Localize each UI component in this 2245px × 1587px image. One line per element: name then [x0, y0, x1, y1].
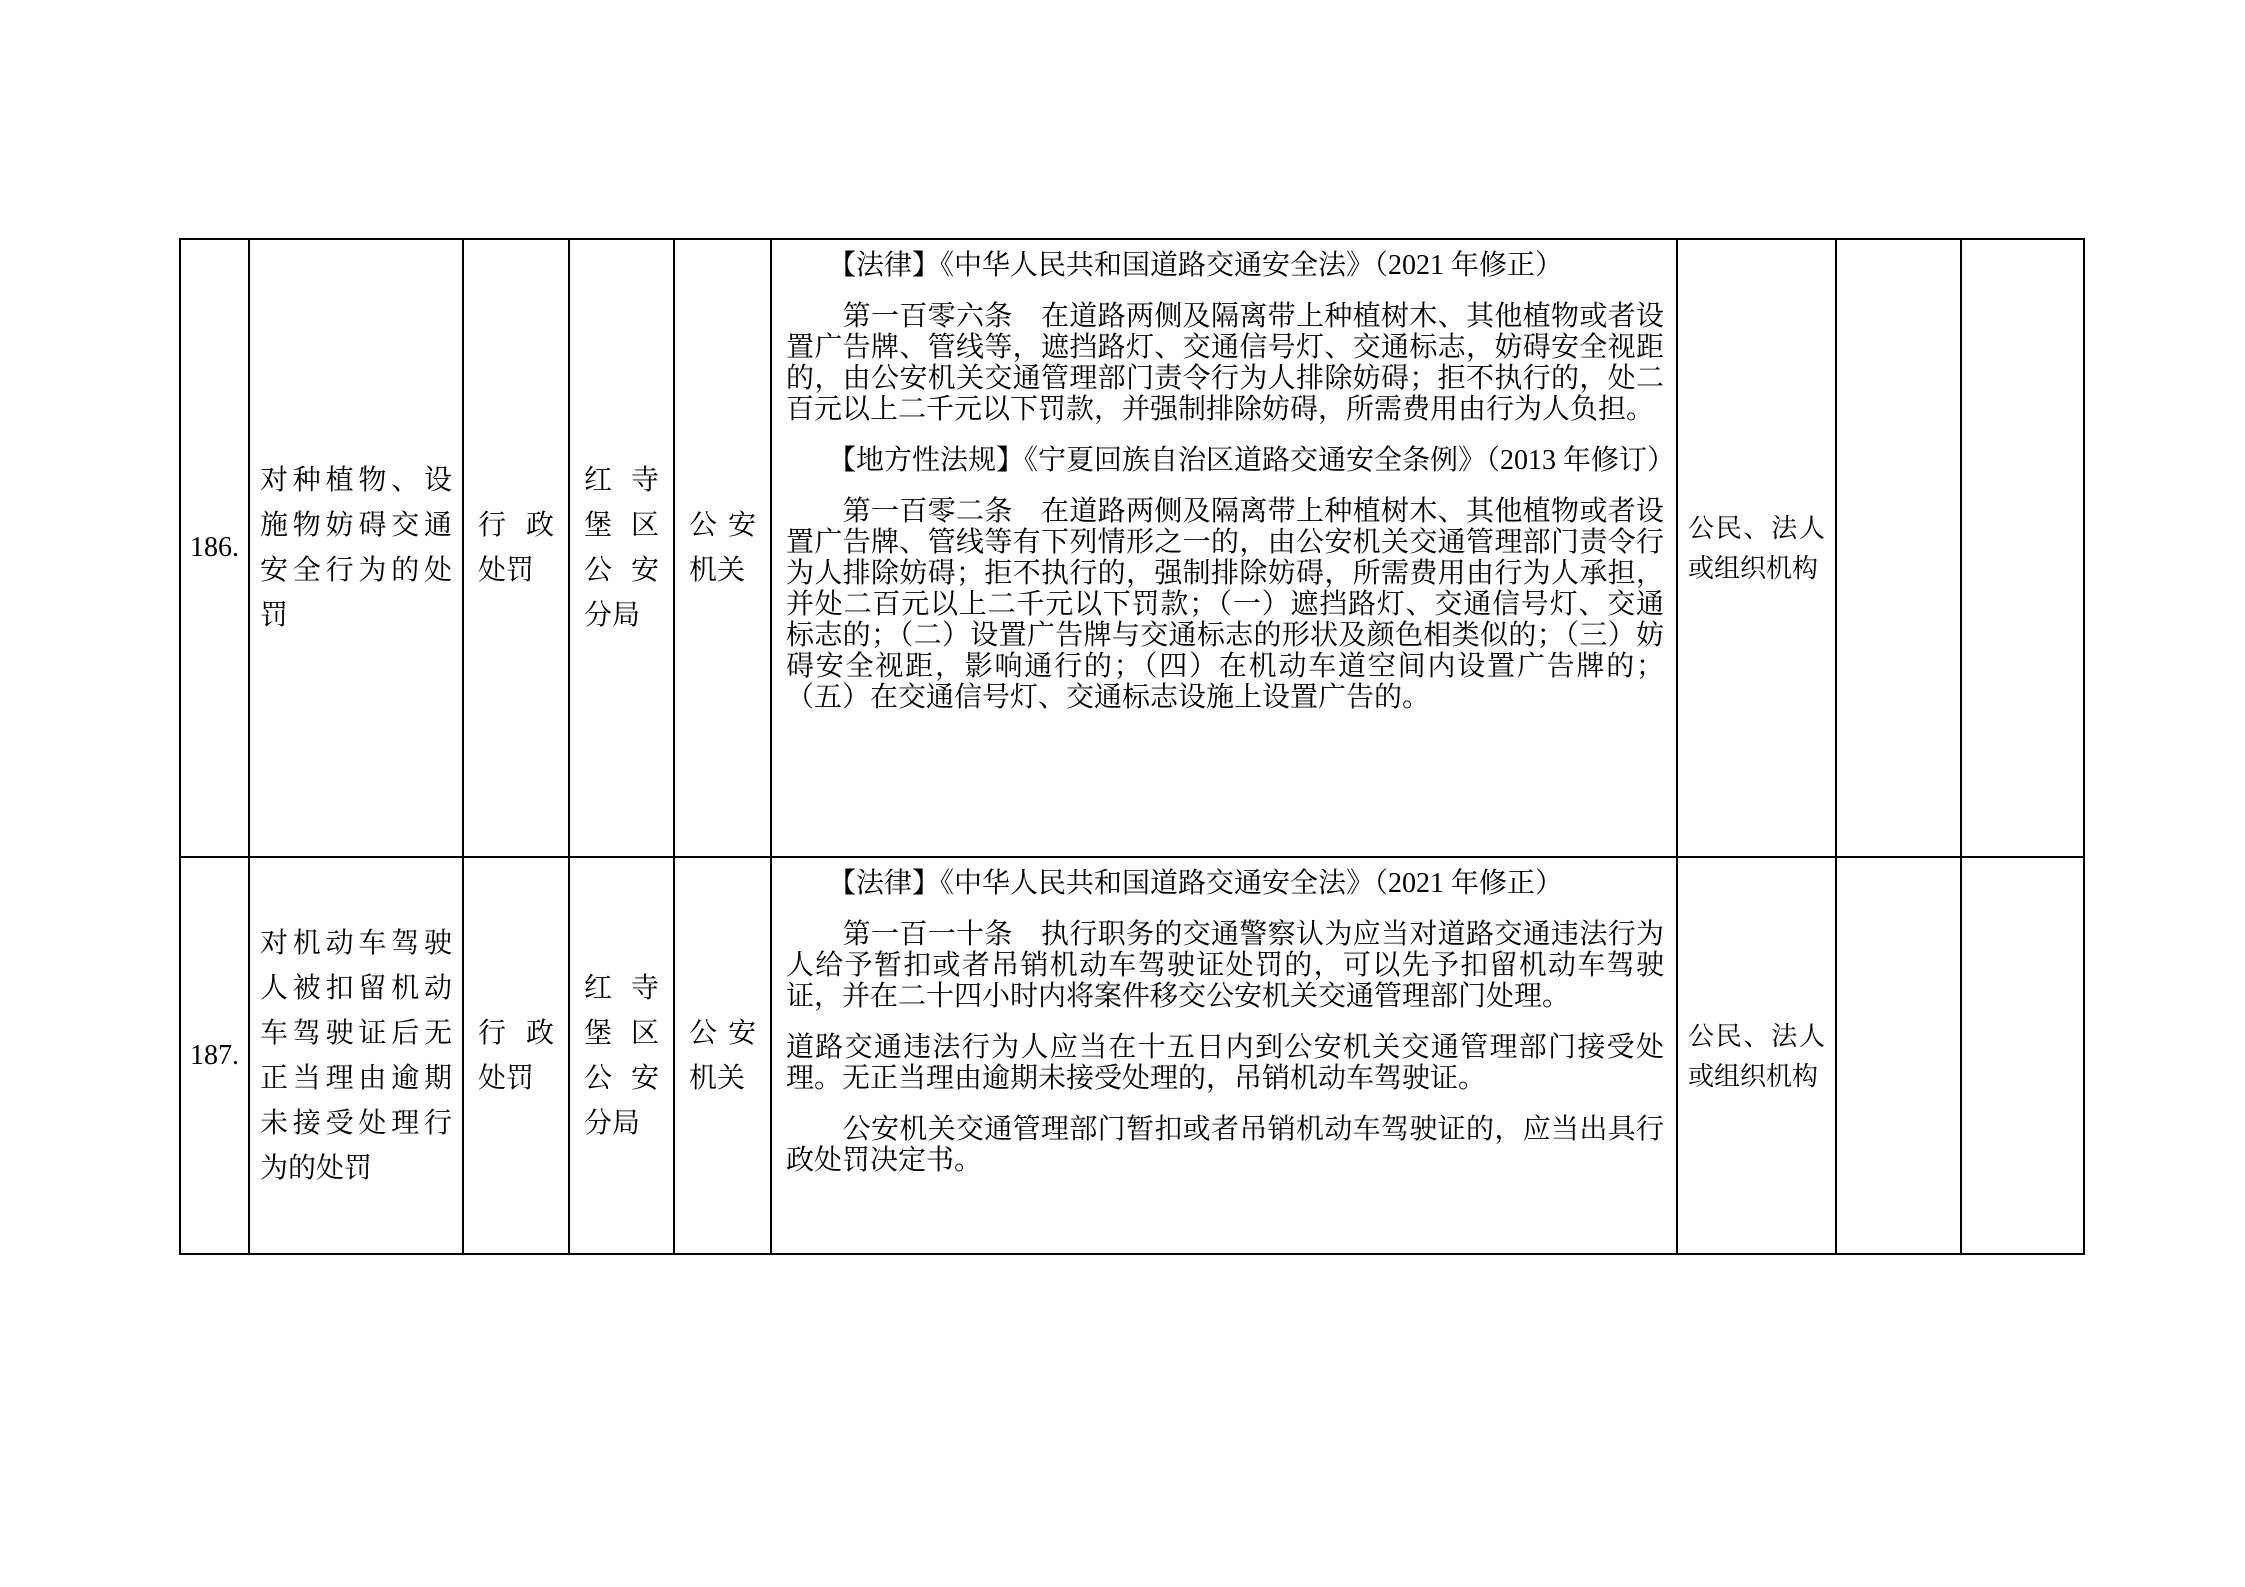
implementing-agency: 红寺堡区公安分局 — [584, 465, 659, 631]
item-name-cell: 对机动车驾驶人被扣留机动车驾驶证后无正当理由逾期未接受处理行为的处罚 — [249, 857, 463, 1254]
legal-paragraph: 【地方性法规】《宁夏回族自治区道路交通安全条例》（2013 年修订） — [786, 445, 1664, 476]
legal-paragraph: 第一百零二条 在道路两侧及隔离带上种植树木、其他植物或者设置广告牌、管线等有下列… — [786, 496, 1664, 713]
target-text: 公民、法人或组织机构 — [1688, 1021, 1825, 1091]
agency-nature: 公安机关 — [689, 1018, 756, 1094]
legal-basis-cell: 【法律】《中华人民共和国道路交通安全法》（2021 年修正） 第一百一十条 执行… — [771, 857, 1677, 1254]
item-name: 对机动车驾驶人被扣留机动车驾驶证后无正当理由逾期未接受处理行为的处罚 — [260, 928, 452, 1184]
target-text: 公民、法人或组织机构 — [1688, 513, 1825, 583]
legal-paragraph: 第一百一十条 执行职务的交通警察认为应当对道路交通违法行为人给予暂扣或者吊销机动… — [786, 919, 1664, 1012]
serial-number: 186. — [190, 532, 239, 563]
legal-paragraph: 道路交通违法行为人应当在十五日内到公安机关交通管理部门接受处理。无正当理由逾期未… — [786, 1032, 1664, 1094]
document-page: 186. 对种植物、设施物妨碍交通安全行为的处罚 行政处罚 红寺堡区公安分局 公… — [0, 0, 2245, 1587]
implementing-agency-cell: 红寺堡区公安分局 — [569, 239, 674, 857]
legal-paragraph: 【法律】《中华人民共和国道路交通安全法》（2021 年修正） — [786, 250, 1664, 281]
agency-nature-cell: 公安机关 — [674, 239, 771, 857]
serial-number: 187. — [190, 1040, 239, 1071]
serial-cell: 187. — [180, 857, 249, 1254]
empty-cell — [1836, 239, 1961, 857]
table-row: 186. 对种植物、设施物妨碍交通安全行为的处罚 行政处罚 红寺堡区公安分局 公… — [180, 239, 2084, 857]
item-name-cell: 对种植物、设施物妨碍交通安全行为的处罚 — [249, 239, 463, 857]
penalty-type-cell: 行政处罚 — [463, 857, 569, 1254]
implementing-agency-cell: 红寺堡区公安分局 — [569, 857, 674, 1254]
table-row: 187. 对机动车驾驶人被扣留机动车驾驶证后无正当理由逾期未接受处理行为的处罚 … — [180, 857, 2084, 1254]
legal-paragraph: 第一百零六条 在道路两侧及隔离带上种植树木、其他植物或者设置广告牌、管线等，遮挡… — [786, 301, 1664, 425]
penalty-type: 行政处罚 — [478, 510, 554, 586]
target-cell: 公民、法人或组织机构 — [1677, 239, 1836, 857]
empty-cell — [1961, 857, 2084, 1254]
penalty-type-cell: 行政处罚 — [463, 239, 569, 857]
legal-basis-cell: 【法律】《中华人民共和国道路交通安全法》（2021 年修正） 第一百零六条 在道… — [771, 239, 1677, 857]
legal-paragraph: 【法律】《中华人民共和国道路交通安全法》（2021 年修正） — [786, 868, 1664, 899]
penalty-table: 186. 对种植物、设施物妨碍交通安全行为的处罚 行政处罚 红寺堡区公安分局 公… — [179, 238, 2085, 1255]
agency-nature-cell: 公安机关 — [674, 857, 771, 1254]
empty-cell — [1836, 857, 1961, 1254]
item-name: 对种植物、设施物妨碍交通安全行为的处罚 — [260, 465, 452, 631]
serial-cell: 186. — [180, 239, 249, 857]
implementing-agency: 红寺堡区公安分局 — [584, 973, 659, 1139]
agency-nature: 公安机关 — [689, 510, 756, 586]
penalty-type: 行政处罚 — [478, 1018, 554, 1094]
target-cell: 公民、法人或组织机构 — [1677, 857, 1836, 1254]
legal-paragraph: 公安机关交通管理部门暂扣或者吊销机动车驾驶证的，应当出具行政处罚决定书。 — [786, 1114, 1664, 1176]
empty-cell — [1961, 239, 2084, 857]
